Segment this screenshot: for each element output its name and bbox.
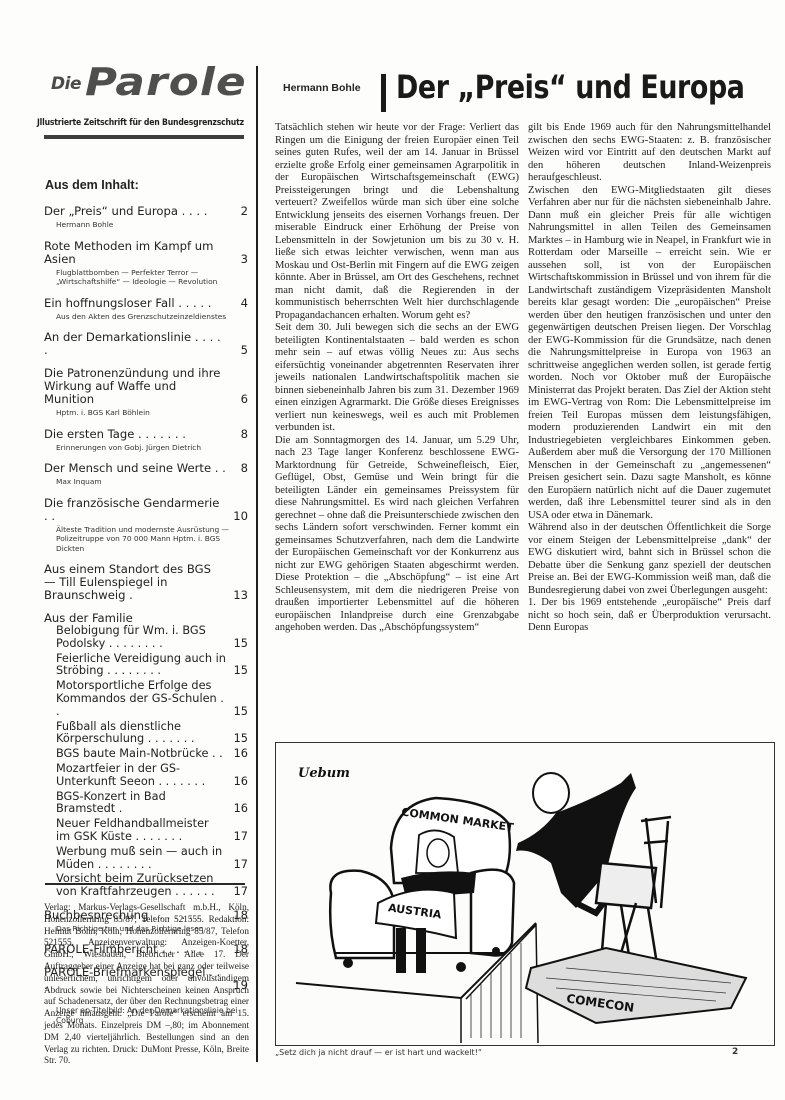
toc-family-item: Vorsicht beim Zurücksetzen von Kraftfahr…: [56, 873, 248, 899]
toc-family-item-title: Fußball als dienstliche Körperschulung .…: [56, 721, 226, 747]
paragraph: Zwischen den EWG-Mitgliedstaaten gilt di…: [528, 185, 771, 523]
toc-entry-page: 8: [226, 462, 248, 475]
toc-entry-subtitle: Hptm. i. BGS Karl Böhlein: [56, 408, 236, 418]
cartoon-caption: „Setz dich ja nicht drauf — er ist hart …: [275, 1048, 482, 1057]
toc-family-item: BGS-Konzert in Bad Bramstedt .16: [56, 791, 248, 817]
toc-family-item-page: 17: [226, 859, 248, 872]
toc-entry-block: Rote Methoden im Kampf um Asien3Flugblat…: [44, 240, 248, 287]
political-cartoon: Uebum COMMON MARKET AUSTRIA: [275, 742, 775, 1046]
toc-family-item-title: Vorsicht beim Zurücksetzen von Kraftfahr…: [56, 873, 226, 899]
paragraph: Tatsächlich stehen wir heute vor der Fra…: [275, 122, 519, 322]
toc-entry-title: Die ersten Tage . . . . . . .: [44, 428, 226, 441]
toc-family-item-page: 17: [226, 886, 248, 899]
toc-family-item: Neuer Feldhandballmeister im GSK Küste .…: [56, 818, 248, 844]
toc-entry-title: Der Mensch und seine Werte . .: [44, 462, 226, 475]
masthead-logo: Die Parole: [37, 64, 247, 104]
toc-family-item: BGS baute Main-Notbrücke . .16: [56, 748, 248, 761]
toc-family-item: Feierliche Vereidigung auch in Ströbing …: [56, 653, 248, 679]
toc-entry-page: 13: [226, 589, 248, 602]
toc-family-item-title: Belobigung für Wm. i. BGS Podolsky . . .…: [56, 625, 226, 651]
toc-entry: Die Patronenzündung und ihre Wirkung auf…: [44, 367, 248, 406]
toc-entry-block: Aus einem Standort des BGS — Till Eulens…: [44, 563, 248, 602]
column-divider: [256, 66, 258, 1062]
left-column-rule: [45, 883, 245, 885]
toc-entry-title: Die französische Gendarmerie . .: [44, 497, 226, 523]
toc-entry-block: An der Demarkationslinie . . . . .5: [44, 331, 248, 357]
toc-family-item: Belobigung für Wm. i. BGS Podolsky . . .…: [56, 625, 248, 651]
toc-title: Aus dem Inhalt:: [45, 178, 139, 192]
toc-entry-block: Die Patronenzündung und ihre Wirkung auf…: [44, 367, 248, 418]
masthead-subtitle: Jllustrierte Zeitschrift für den Bundesg…: [37, 117, 230, 127]
toc-entry: Der „Preis“ und Europa . . . .2: [44, 205, 248, 218]
toc-entry: Die französische Gendarmerie . .10: [44, 497, 248, 523]
masthead-die: Die: [51, 74, 81, 94]
toc-entry-subtitle: Erinnerungen von Gobj. Jürgen Dietrich: [56, 443, 236, 453]
toc-family-item-title: Neuer Feldhandballmeister im GSK Küste .…: [56, 818, 226, 844]
toc-entry-page: 4: [226, 297, 248, 310]
page-number: 2: [732, 1047, 738, 1057]
article-column-2: gilt bis Ende 1969 auch für den Nahrungs…: [528, 122, 771, 635]
toc-entry: Rote Methoden im Kampf um Asien3: [44, 240, 248, 266]
paragraph: 1. Der bis 1969 entstehende „europäische…: [528, 597, 771, 635]
toc-entry: Aus einem Standort des BGS — Till Eulens…: [44, 563, 248, 602]
toc-family-item: Motorsportliche Erfolge des Kommandos de…: [56, 680, 248, 718]
toc-family-item: Fußball als dienstliche Körperschulung .…: [56, 721, 248, 747]
paragraph: Die am Sonntagmorgen des 14. Januar, um …: [275, 435, 519, 635]
paragraph: Seit dem 30. Juli bewegen sich die sechs…: [275, 322, 519, 435]
toc-entry: Die ersten Tage . . . . . . .8: [44, 428, 248, 441]
headline-bar: [381, 74, 386, 112]
toc-entry-subtitle: Max Inquam: [56, 477, 236, 487]
toc-family-item-page: 17: [226, 831, 248, 844]
cartoon-illustration-icon: Uebum COMMON MARKET AUSTRIA: [276, 743, 774, 1045]
toc-family-item: Mozartfeier in der GS-Unterkunft Seeon .…: [56, 763, 248, 789]
toc-family-item-title: BGS-Konzert in Bad Bramstedt .: [56, 791, 226, 817]
article-headline: Der „Preis“ und Europa: [396, 68, 744, 106]
toc-entry-subtitle: Flugblattbomben — Perfekter Terror — „Wi…: [56, 268, 236, 287]
toc-entry-page: 6: [226, 393, 248, 406]
toc-entry-block: Ein hoffnungsloser Fall . . . . .4Aus de…: [44, 297, 248, 322]
paragraph: gilt bis Ende 1969 auch für den Nahrungs…: [528, 122, 771, 185]
masthead-parole: Parole: [85, 60, 247, 104]
toc-entry-page: 5: [226, 344, 248, 357]
toc-family-item-page: 15: [226, 733, 248, 746]
toc-entry-title: Rote Methoden im Kampf um Asien: [44, 240, 226, 266]
toc-entry: An der Demarkationslinie . . . . .5: [44, 331, 248, 357]
toc-entry-subtitle: Älteste Tradition und modernste Ausrüstu…: [56, 525, 236, 554]
toc-family-item-page: 16: [226, 776, 248, 789]
toc-family-item-page: 16: [226, 748, 248, 761]
paragraph: Während also in der deutschen Öffentlich…: [528, 522, 771, 597]
toc-entry-block: Die ersten Tage . . . . . . .8Erinnerung…: [44, 428, 248, 453]
toc-family-item-page: 15: [226, 638, 248, 651]
article-column-1: Tatsächlich stehen wir heute vor der Fra…: [275, 122, 519, 635]
toc-entry-page: 3: [226, 253, 248, 266]
cartoon-signature: Uebum: [298, 766, 350, 781]
masthead-rule: [44, 135, 244, 139]
toc-entry-block: Der „Preis“ und Europa . . . .2Hermann B…: [44, 205, 248, 230]
toc-family-item-title: Feierliche Vereidigung auch in Ströbing …: [56, 653, 226, 679]
toc-family-item-title: Motorsportliche Erfolge des Kommandos de…: [56, 680, 226, 718]
toc-entry-block: Der Mensch und seine Werte . .8Max Inqua…: [44, 462, 248, 487]
toc-entry: Der Mensch und seine Werte . .8: [44, 462, 248, 475]
toc-entry-title: Der „Preis“ und Europa . . . .: [44, 205, 226, 218]
toc-entry-title: Ein hoffnungsloser Fall . . . . .: [44, 297, 226, 310]
toc-family-item: Werbung muß sein — auch in Müden . . . .…: [56, 846, 248, 872]
toc-entry-block: Die französische Gendarmerie . .10Ältest…: [44, 497, 248, 554]
toc-entry-subtitle: Hermann Bohle: [56, 220, 236, 230]
toc-entry-subtitle: Aus den Akten des Grenzschutzeinzeldiens…: [56, 312, 236, 322]
toc-family-item-title: BGS baute Main-Notbrücke . .: [56, 748, 226, 761]
magazine-page: Die Parole Jllustrierte Zeitschrift für …: [0, 0, 785, 1100]
toc-family-item-page: 15: [226, 665, 248, 678]
toc-family-item-title: Werbung muß sein — auch in Müden . . . .…: [56, 846, 226, 872]
toc-entry-page: 10: [226, 510, 248, 523]
toc-entry-title: Die Patronenzündung und ihre Wirkung auf…: [44, 367, 226, 406]
toc-entry-page: 2: [226, 205, 248, 218]
article-author: Hermann Bohle: [283, 82, 361, 94]
imprint: Verlag: Markus-Verlags-Gesellschaft m.b.…: [44, 902, 249, 1067]
toc-entry: Ein hoffnungsloser Fall . . . . .4: [44, 297, 248, 310]
toc-family-item-title: Mozartfeier in der GS-Unterkunft Seeon .…: [56, 763, 226, 789]
toc-entry-title: An der Demarkationslinie . . . . .: [44, 331, 226, 357]
toc-entry-title: Aus einem Standort des BGS — Till Eulens…: [44, 563, 226, 602]
toc-family-item-page: 15: [226, 706, 248, 719]
toc-entry-page: 8: [226, 428, 248, 441]
toc-family-item-page: 16: [226, 803, 248, 816]
toc-family-section: Aus der FamilieBelobigung für Wm. i. BGS…: [44, 612, 248, 899]
